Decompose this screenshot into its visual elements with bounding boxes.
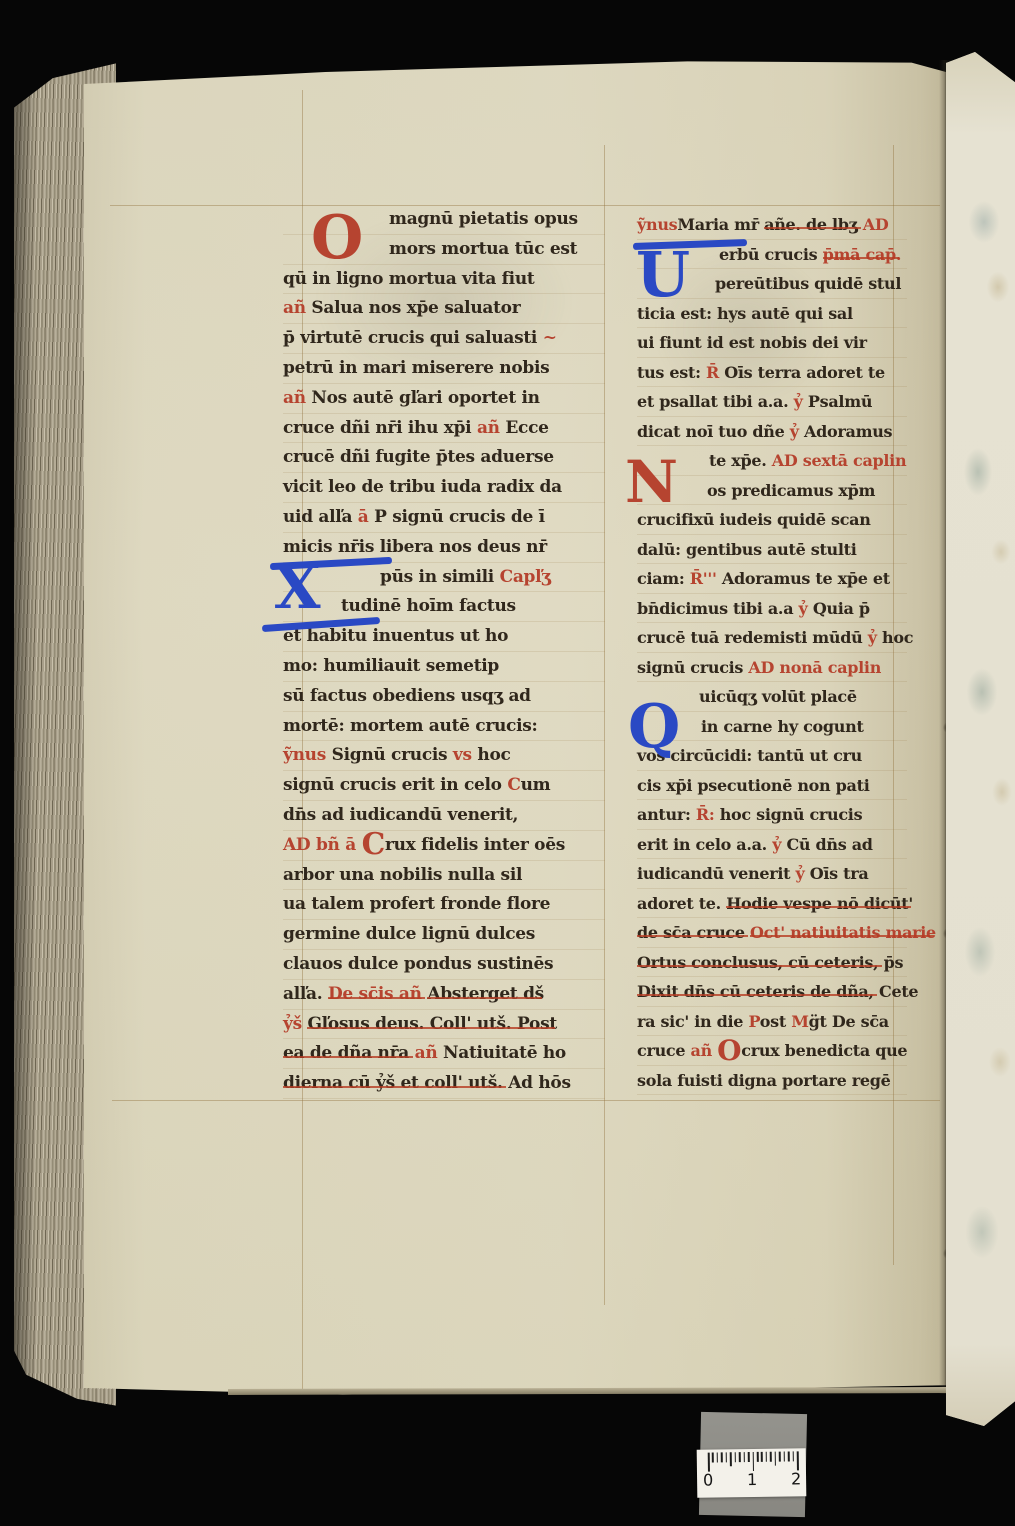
text-segment: tus est: (637, 363, 706, 382)
text-segment: dierna cū ỷš et coll' utš. (283, 1073, 508, 1093)
text-segment: os predicamus xp̄m (707, 481, 875, 500)
text-line: pūs in simili Capľʒ (283, 563, 605, 593)
text-segment: signū crucis erit in celo (283, 775, 507, 795)
text-segment: añ (283, 388, 311, 408)
text-segment: Psalmū (808, 392, 872, 411)
text-segment: ỹnus (637, 215, 677, 234)
text-line: adoret te. Hodie vespe nō dicūt' (637, 889, 907, 919)
initial-x-xpus: X (274, 558, 321, 618)
text-segment: ỷ (795, 864, 809, 883)
text-segment: R̄ (706, 363, 724, 382)
text-line: añ Nos autē gľari oportet in (283, 384, 605, 414)
text-segment: AD sextā caplin (772, 451, 907, 470)
ruler-tick (708, 1453, 710, 1472)
text-segment: et habitu inuentus ut ho (283, 626, 508, 646)
text-line: alľa. De sc̄is añ Absterget dš (283, 980, 605, 1010)
text-line: sola fuisti digna portare regē (637, 1066, 907, 1096)
text-line: clauos dulce pondus sustinēs (283, 950, 605, 980)
text-segment: cruce dñi nr̄i ihu xp̄i (283, 418, 477, 438)
text-segment: iudicandū venerit (637, 864, 795, 883)
text-segment: O (717, 1034, 741, 1067)
text-segment: crux benedicta que (741, 1041, 907, 1060)
ruler-tick (792, 1451, 794, 1461)
text-segment: magnū pietatis opus (389, 209, 578, 229)
ruler-tick (743, 1452, 745, 1462)
ruler-label-2: 2 (788, 1469, 804, 1488)
text-segment: añ (691, 1041, 718, 1060)
text-segment: in carne hy cogunt (701, 717, 864, 736)
text-segment: ỹnus (283, 745, 332, 765)
bottom-ruling-line (112, 1100, 940, 1101)
text-segment: Capľʒ (500, 567, 551, 587)
text-segment: et psallat tibi a.a. (637, 392, 794, 411)
ruler-tick (717, 1452, 719, 1462)
text-segment: P (748, 1012, 759, 1031)
text-segment: AD bñ ā (283, 835, 362, 855)
text-segment: ỷš (283, 1014, 307, 1034)
text-segment: ui fiunt id est nobis dei vir (637, 333, 867, 352)
initial-n-nos: N (625, 453, 678, 511)
ruler-tick (788, 1451, 790, 1461)
text-segment: ỷ (772, 835, 786, 854)
text-segment: micis nr̄is libera nos deus nr̄ (283, 537, 547, 557)
text-line: AD bñ ā Crux fidelis inter oēs (283, 831, 605, 861)
text-segment: añ (477, 418, 505, 438)
text-segment: Gľosus deus. Coll' utš. Post (307, 1014, 556, 1034)
text-segment: C (362, 827, 385, 862)
text-segment: arbor una nobilis nulla sil (283, 865, 522, 885)
photo-scale-ruler: 0 1 2 (697, 1448, 807, 1498)
text-segment: crucē tuā redemisti mūdū (637, 628, 868, 647)
text-segment: C (507, 775, 520, 795)
text-line: crucē tuā redemisti mūdū ỷ hoc (637, 623, 907, 653)
text-segment: Oct' natiuitatis marie (750, 923, 936, 942)
text-segment: te xp̄e. (709, 451, 772, 470)
text-segment: germine dulce lignū dulces (283, 924, 535, 944)
text-segment: Maria mr̄ (677, 215, 764, 234)
text-line: ra sic' in die Post Mg̈t De sc̄a (637, 1007, 907, 1037)
text-segment: añ (415, 1043, 443, 1063)
text-line: dierna cū ỷš et coll' utš. Ad hōs (283, 1069, 605, 1099)
text-segment: ỷ (790, 422, 804, 441)
ruler-tick (726, 1452, 728, 1462)
text-segment: R̄''' (690, 569, 722, 588)
text-line: de sc̄a cruce Oct' natiuitatis marie (637, 918, 907, 948)
text-line: dicat noī tuo dñe ỷ Adoramus (637, 417, 907, 447)
text-segment: ra sic' in die (637, 1012, 748, 1031)
text-segment: sū factus obediens usqʒ ad (283, 686, 531, 706)
text-segment: Quia p̄ (813, 599, 870, 618)
text-line: ỷš Gľosus deus. Coll' utš. Post (283, 1010, 605, 1040)
text-segment: ~ (543, 328, 557, 348)
text-line: Ortus conclusus, cū ceteris, p̄s (637, 948, 907, 978)
text-segment: ỷ (799, 599, 813, 618)
text-line: germine dulce lignū dulces (283, 920, 605, 950)
text-line: sū factus obediens usqʒ ad (283, 682, 605, 712)
ruler-label-0: 0 (700, 1470, 716, 1489)
text-segment: p̄mā cap̄. (823, 245, 902, 264)
text-line: iudicandū venerit ỷ Oīs tra (637, 859, 907, 889)
text-line: antur: R̄: hoc signū crucis (637, 800, 907, 830)
text-line: cis xp̄i psecutionē non pati (637, 771, 907, 801)
text-segment: vicit leo de tribu iuda radix da (283, 477, 562, 497)
text-segment: dicat noī tuo dñe (637, 422, 790, 441)
text-segment: Signū crucis (332, 745, 453, 765)
text-segment: De sc̄a (832, 1012, 889, 1031)
ruler-tick (721, 1452, 723, 1462)
text-segment: tudinē hoīm factus (341, 596, 516, 616)
text-line: añ Salua nos xp̄e saluator (283, 294, 605, 324)
text-line: p̄ virtutē crucis qui saluasti ~ (283, 324, 605, 354)
text-segment: Adoramus te xp̄e et (722, 569, 890, 588)
page-bottom-edge (228, 1387, 946, 1395)
text-line: uid alľa ā P signū crucis de ī (283, 503, 605, 533)
text-segment: cruce (637, 1041, 691, 1060)
text-segment: ỷ (868, 628, 882, 647)
text-segment: Natiuitatē ho (443, 1043, 566, 1063)
text-column-right: ỹnusMaria mr̄ añe. de lbʒ ADerbū crucis … (637, 210, 907, 1095)
text-segment: Dixit dn̄s cū ceteris de dña, (637, 982, 879, 1001)
text-line: cruce añ Ocrux benedicta que (637, 1036, 907, 1066)
text-line: mo: humiliauit semetip (283, 652, 605, 682)
text-segment: erit in celo a.a. (637, 835, 772, 854)
text-segment: adoret te. (637, 894, 726, 913)
text-segment: ua talem profert fronde flore (283, 894, 550, 914)
text-line: bn̄dicimus tibi a.a ỷ Quia p̄ (637, 594, 907, 624)
initial-u-verbum: U (636, 244, 690, 306)
text-segment: vs (453, 745, 477, 765)
ruler-tick (797, 1451, 799, 1470)
text-segment: Cū dn̄s ad (787, 835, 873, 854)
text-line: tus est: R̄ Oīs terra adoret te (637, 358, 907, 388)
text-line: tudinē hoīm factus (283, 592, 605, 622)
text-segment: AD nonā caplin (748, 658, 881, 677)
text-segment: ost (760, 1012, 791, 1031)
initial-q-quicumque: Q (628, 697, 680, 757)
text-segment: uicūqʒ volūt placē (699, 687, 857, 706)
text-segment: pūs in simili (380, 567, 500, 587)
text-segment: Oīs terra adoret te (724, 363, 885, 382)
text-segment: Hodie vespe nō dicūt' (726, 894, 913, 913)
text-line: mortē: mortem autē crucis: (283, 712, 605, 742)
text-segment: mo: humiliauit semetip (283, 656, 499, 676)
text-line: signū crucis AD nonā caplin (637, 653, 907, 683)
text-segment: ciam: (637, 569, 690, 588)
ruler-tick (712, 1453, 714, 1463)
text-segment: hoc (477, 745, 510, 765)
text-segment: cis xp̄i psecutionē non pati (637, 776, 869, 795)
ruler-tick (730, 1452, 732, 1466)
text-segment: hoc signū crucis (720, 805, 863, 824)
text-segment: hoc (882, 628, 913, 647)
text-segment: ea de dña nr̄a (283, 1043, 415, 1063)
text-line: ea de dña nr̄a añ Natiuitatē ho (283, 1039, 605, 1069)
text-segment: añe. de lbʒ (764, 215, 863, 234)
text-segment: dn̄s ad iudicandū venerit, (283, 805, 518, 825)
text-line: erit in celo a.a. ỷ Cū dn̄s ad (637, 830, 907, 860)
text-segment: rux fidelis inter oēs (385, 835, 565, 855)
ruler-label-1: 1 (744, 1470, 760, 1489)
text-line: dn̄s ad iudicandū venerit, (283, 801, 605, 831)
text-segment: añ (283, 298, 311, 318)
text-line: signū crucis erit in celo Cum (283, 771, 605, 801)
text-segment: bn̄dicimus tibi a.a (637, 599, 799, 618)
text-segment: alľa. (283, 984, 328, 1004)
ruler-tick (761, 1452, 763, 1462)
text-segment: Salua nos xp̄e saluator (311, 298, 520, 318)
text-segment: mors mortua tūc est (389, 239, 577, 259)
ruler-tick (752, 1452, 754, 1471)
ruler-tick (770, 1452, 772, 1462)
text-segment: R̄: (696, 805, 720, 824)
text-segment: um (521, 775, 551, 795)
text-line: dalū: gentibus autē stulti (637, 535, 907, 565)
text-segment: De sc̄is añ (328, 984, 427, 1004)
text-segment: de sc̄a cruce (637, 923, 750, 942)
text-segment: ā (358, 507, 374, 527)
text-line: micis nr̄is libera nos deus nr̄ (283, 533, 605, 563)
text-line: ỹnusMaria mr̄ añe. de lbʒ AD (637, 210, 907, 240)
text-line: arbor una nobilis nulla sil (283, 861, 605, 891)
text-segment: clauos dulce pondus sustinēs (283, 954, 553, 974)
ruler-tick (748, 1452, 750, 1462)
text-segment: p̄s (884, 953, 904, 972)
text-segment: sola fuisti digna portare regē (637, 1071, 891, 1090)
text-segment: uid alľa (283, 507, 358, 527)
text-segment: p̄ virtutē crucis qui saluasti (283, 328, 543, 348)
text-segment: Absterget dš (427, 984, 544, 1004)
ruler-tick (734, 1452, 736, 1462)
text-segment: Oīs tra (810, 864, 869, 883)
text-segment: crucē dñi fugite p̄tes aduerse (283, 447, 554, 467)
text-segment: Cete (879, 982, 918, 1001)
text-segment: dalū: gentibus autē stulti (637, 540, 857, 559)
ruler-tick (779, 1452, 781, 1462)
text-segment: Nos autē gľari oportet in (311, 388, 539, 408)
text-line: ua talem profert fronde flore (283, 890, 605, 920)
text-line: ỹnus Signū crucis vs hoc (283, 741, 605, 771)
text-line: vicit leo de tribu iuda radix da (283, 473, 605, 503)
ruler-tick (774, 1452, 776, 1466)
text-segment: Ortus conclusus, cū ceteris, (637, 953, 884, 972)
ruler-tick (739, 1452, 741, 1462)
text-segment: erbū crucis (719, 245, 823, 264)
opposite-page-foredge (946, 52, 1015, 1426)
text-segment: antur: (637, 805, 696, 824)
text-segment: P signū crucis de ī (374, 507, 545, 527)
text-segment: g̈t (809, 1012, 832, 1031)
text-line: crucē dñi fugite p̄tes aduerse (283, 443, 605, 473)
text-segment: mortē: mortem autē crucis: (283, 716, 538, 736)
initial-o-magnum: O (311, 208, 363, 268)
ruler-tick (757, 1452, 759, 1462)
text-line: et psallat tibi a.a. ỷ Psalmū (637, 387, 907, 417)
text-line: Dixit dn̄s cū ceteris de dña, Cete (637, 977, 907, 1007)
text-line: ciam: R̄''' Adoramus te xp̄e et (637, 564, 907, 594)
text-segment: AD (863, 215, 889, 234)
ruler-tick (783, 1452, 785, 1462)
text-segment: pereūtibus quidē stul (715, 274, 901, 293)
text-segment: M (791, 1012, 808, 1031)
text-segment: Adoramus (804, 422, 892, 441)
text-line: cruce dñi nr̄i ihu xp̄i añ Ecce (283, 414, 605, 444)
text-segment: petrū in mari miserere nobis (283, 358, 549, 378)
text-column-left: magnū pietatis opusmors mortua tūc estqū… (283, 205, 605, 1099)
text-line: ui fiunt id est nobis dei vir (637, 328, 907, 358)
text-segment: Ecce (505, 418, 548, 438)
text-line: petrū in mari miserere nobis (283, 354, 605, 384)
text-segment: signū crucis (637, 658, 748, 677)
text-segment: ỷ (794, 392, 808, 411)
ruler-tick (766, 1452, 768, 1462)
text-segment: Ad hōs (508, 1073, 570, 1093)
